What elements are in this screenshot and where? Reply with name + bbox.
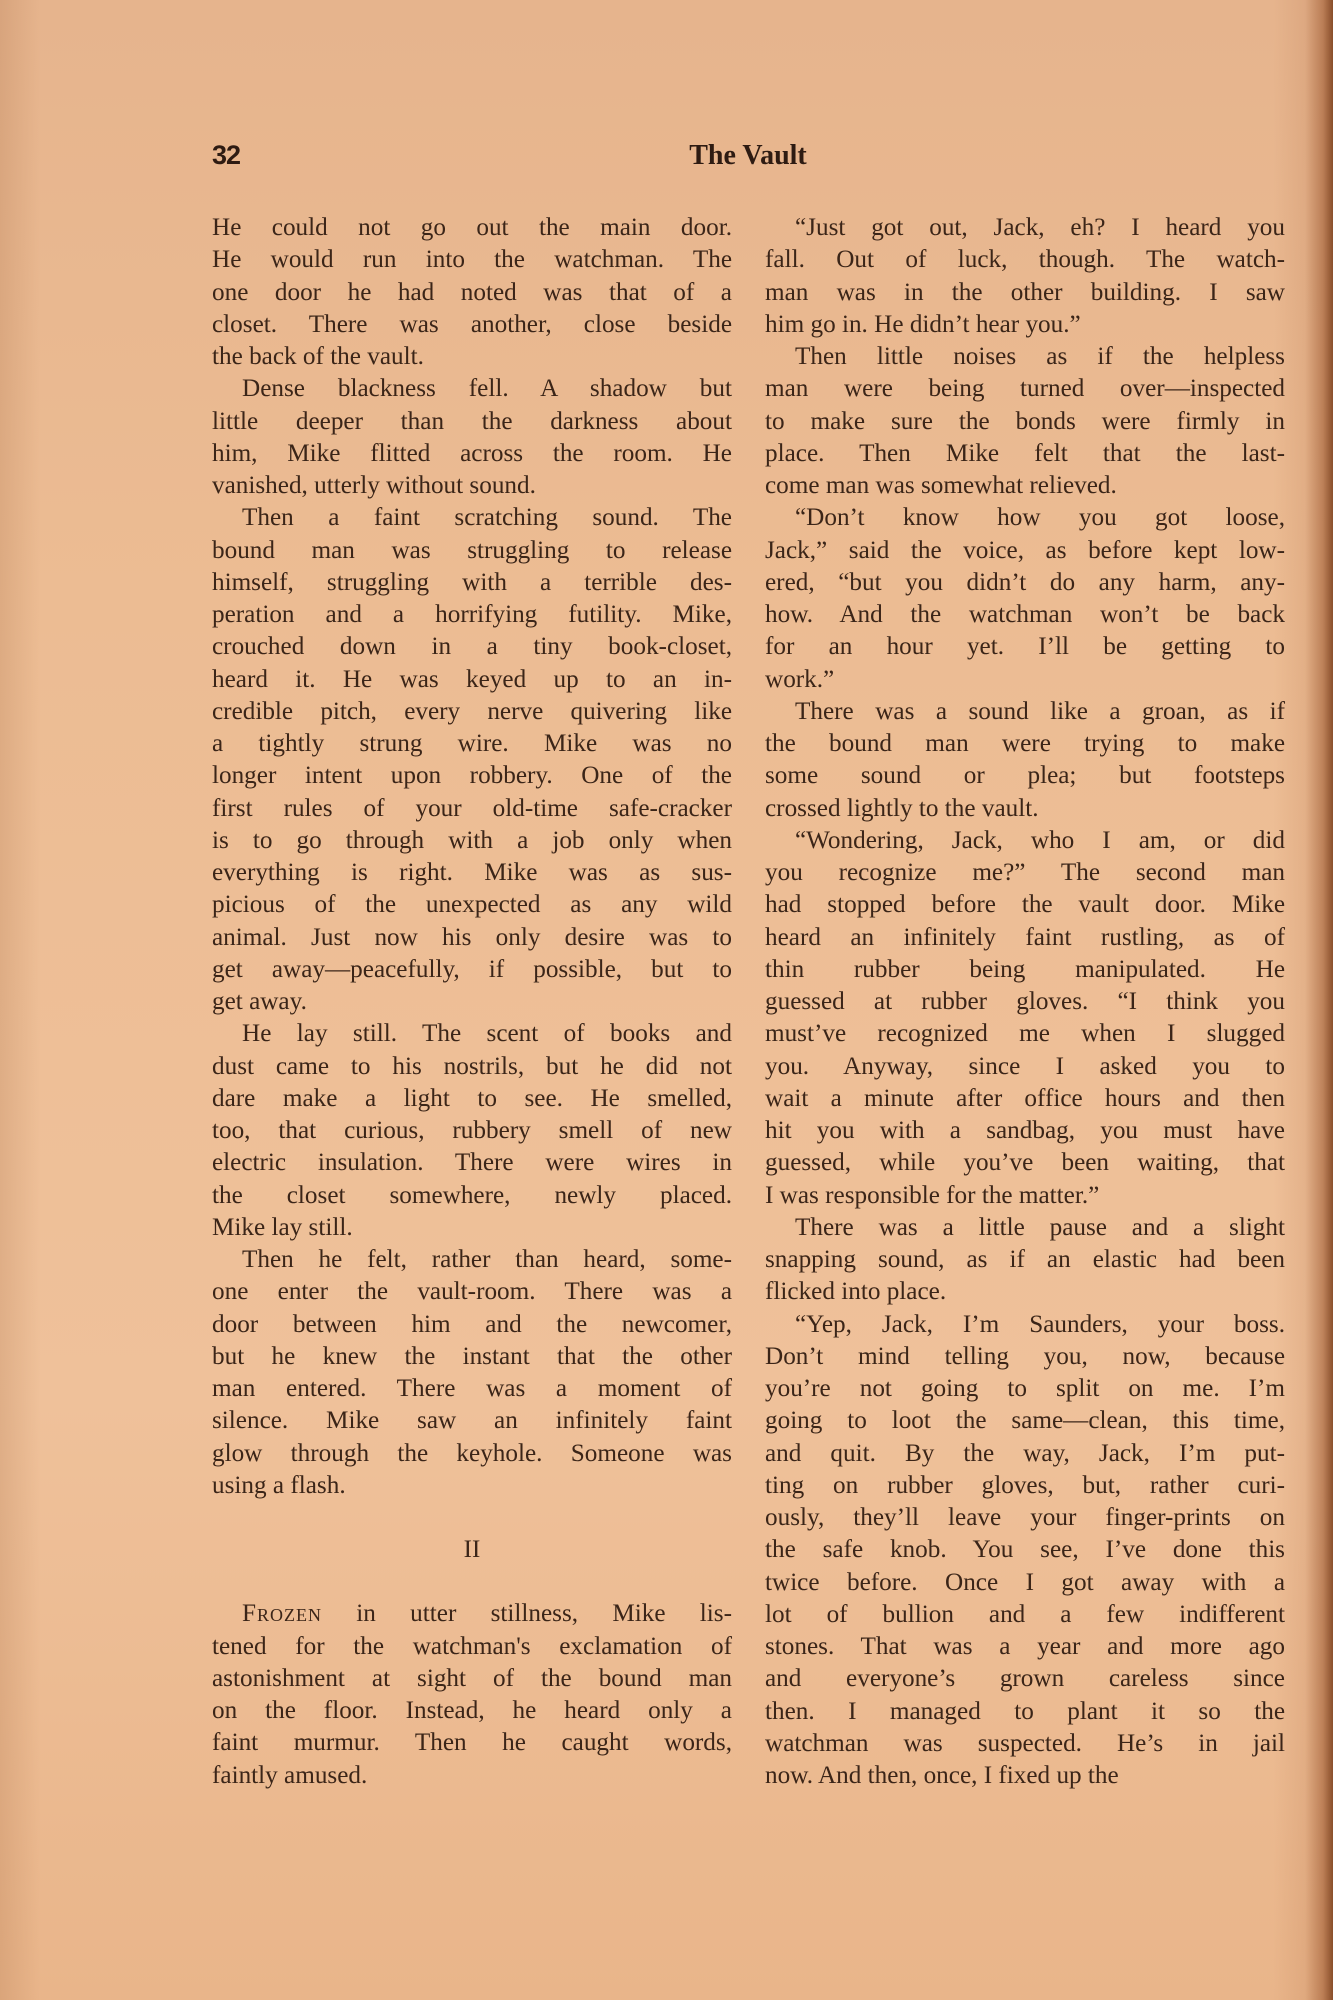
text-line: Dense blackness fell. A shadow but — [212, 373, 732, 405]
text-line: everything is right. Mike was as sus- — [212, 857, 732, 889]
paragraph: There was a sound like a groan, as ifthe… — [765, 696, 1285, 825]
paragraph: Dense blackness fell. A shadow butlittle… — [212, 373, 732, 502]
text-line: ered, “but you didn’t do any harm, any- — [765, 567, 1285, 599]
text-line: the bound man were trying to make — [765, 728, 1285, 760]
text-line: ously, they’ll leave your finger-prints … — [765, 1502, 1285, 1534]
text-line: watchman was suspected. He’s in jail — [765, 1728, 1285, 1760]
text-line: flicked into place. — [765, 1276, 1285, 1308]
text-line: the back of the vault. — [212, 341, 732, 373]
text-line: faint murmur. Then he caught words, — [212, 1727, 732, 1759]
text-line: man was in the other building. I saw — [765, 277, 1285, 309]
text-line: man entered. There was a moment of — [212, 1373, 732, 1405]
text-line: Then little noises as if the helpless — [765, 341, 1285, 373]
text-line: tened for the watchman's exclamation of — [212, 1631, 732, 1663]
running-head: 32 The Vault — [212, 140, 1284, 180]
text-line: man were being turned over—inspected — [765, 373, 1285, 405]
text-line: glow through the keyhole. Someone was — [212, 1438, 732, 1470]
text-line: lot of bullion and a few indifferent — [765, 1599, 1285, 1631]
text-line: work.” — [765, 664, 1285, 696]
text-line: must’ve recognized me when I slugged — [765, 1018, 1285, 1050]
text-line: and quit. By the way, Jack, I’m put- — [765, 1438, 1285, 1470]
text-line: picious of the unexpected as any wild — [212, 889, 732, 921]
text-line: door between him and the newcomer, — [212, 1309, 732, 1341]
text-line: the closet somewhere, newly placed. — [212, 1180, 732, 1212]
text-line: credible pitch, every nerve quivering li… — [212, 696, 732, 728]
text-line: heard it. He was keyed up to an in- — [212, 664, 732, 696]
text-line: him, Mike flitted across the room. He — [212, 438, 732, 470]
text-line: one enter the vault-room. There was a — [212, 1276, 732, 1308]
text-line: animal. Just now his only desire was to — [212, 922, 732, 954]
paragraph: Then little noises as if the helplessman… — [765, 341, 1285, 502]
text-line: one door he had noted was that of a — [212, 277, 732, 309]
paragraph: “Yep, Jack, I’m Saunders, your boss.Don’… — [765, 1309, 1285, 1793]
text-line: There was a little pause and a slight — [765, 1212, 1285, 1244]
text-line: is to go through with a job only when — [212, 825, 732, 857]
text-line: “Just got out, Jack, eh? I heard you — [765, 212, 1285, 244]
smallcaps-opening-word: Frozen — [242, 1600, 322, 1627]
text-line: longer intent upon robbery. One of the — [212, 760, 732, 792]
text-line: Jack,” said the voice, as before kept lo… — [765, 535, 1285, 567]
text-line: Then a faint scratching sound. The — [212, 502, 732, 534]
text-line: you recognize me?” The second man — [765, 857, 1285, 889]
text-line: “Yep, Jack, I’m Saunders, your boss. — [765, 1309, 1285, 1341]
paragraph: Then a faint scratching sound. Thebound … — [212, 502, 732, 1018]
paragraph: He could not go out the main door.He wou… — [212, 212, 732, 373]
text-line: He could not go out the main door. — [212, 212, 732, 244]
text-line: little deeper than the darkness about — [212, 406, 732, 438]
text-line: guessed, while you’ve been waiting, that — [765, 1147, 1285, 1179]
text-line: heard an infinitely faint rustling, as o… — [765, 922, 1285, 954]
paragraph: “Don’t know how you got loose,Jack,” sai… — [765, 502, 1285, 696]
text-line: peration and a horrifying futility. Mike… — [212, 599, 732, 631]
text-line: guessed at rubber gloves. “I think you — [765, 986, 1285, 1018]
text-line: first rules of your old-time safe-cracke… — [212, 793, 732, 825]
text-line: Mike lay still. — [212, 1212, 732, 1244]
text-line: Frozen in utter stillness, Mike lis- — [212, 1598, 732, 1630]
text-line: but he knew the instant that the other — [212, 1341, 732, 1373]
opening-line-rest: in utter stillness, Mike lis- — [322, 1600, 732, 1627]
text-line: crossed lightly to the vault. — [765, 793, 1285, 825]
text-line: stones. That was a year and more ago — [765, 1631, 1285, 1663]
text-line: twice before. Once I got away with a — [765, 1567, 1285, 1599]
paragraph: He lay still. The scent of books anddust… — [212, 1018, 732, 1244]
text-line: He lay still. The scent of books and — [212, 1018, 732, 1050]
text-line: electric insulation. There were wires in — [212, 1147, 732, 1179]
text-line: silence. Mike saw an infinitely faint — [212, 1405, 732, 1437]
text-line: going to loot the same—clean, this time, — [765, 1405, 1285, 1437]
paragraph: There was a little pause and a slightsna… — [765, 1212, 1285, 1309]
text-line: astonishment at sight of the bound man — [212, 1663, 732, 1695]
text-line: Then he felt, rather than heard, some- — [212, 1244, 732, 1276]
running-title: The Vault — [212, 140, 1284, 172]
text-line: place. Then Mike felt that the last- — [765, 438, 1285, 470]
text-line: wait a minute after office hours and the… — [765, 1083, 1285, 1115]
text-line: a tightly strung wire. Mike was no — [212, 728, 732, 760]
text-line: come man was somewhat relieved. — [765, 470, 1285, 502]
text-line: closet. There was another, close beside — [212, 309, 732, 341]
text-line: some sound or plea; but footsteps — [765, 760, 1285, 792]
text-line: then. I managed to plant it so the — [765, 1696, 1285, 1728]
text-line: get away—peacefully, if possible, but to — [212, 954, 732, 986]
text-line: himself, struggling with a terrible des- — [212, 567, 732, 599]
section-opening-paragraph: Frozen in utter stillness, Mike lis-tene… — [212, 1598, 732, 1792]
text-line: Don’t mind telling you, now, because — [765, 1341, 1285, 1373]
section-number: II — [212, 1534, 732, 1566]
text-line: dare make a light to see. He smelled, — [212, 1083, 732, 1115]
text-line: for an hour yet. I’ll be getting to — [765, 631, 1285, 663]
text-line: dust came to his nostrils, but he did no… — [212, 1051, 732, 1083]
paragraph: Then he felt, rather than heard, some-on… — [212, 1244, 732, 1502]
text-line: him go in. He didn’t hear you.” — [765, 309, 1285, 341]
text-line: you’re not going to split on me. I’m — [765, 1373, 1285, 1405]
text-line: too, that curious, rubbery smell of new — [212, 1115, 732, 1147]
text-line: on the floor. Instead, he heard only a — [212, 1695, 732, 1727]
text-line: you. Anyway, since I asked you to — [765, 1051, 1285, 1083]
text-line: ting on rubber gloves, but, rather curi- — [765, 1470, 1285, 1502]
text-line: using a flash. — [212, 1470, 732, 1502]
text-line: “Don’t know how you got loose, — [765, 502, 1285, 534]
left-column: He could not go out the main door.He wou… — [212, 212, 732, 1792]
text-line: bound man was struggling to release — [212, 535, 732, 567]
text-line: to make sure the bonds were firmly in — [765, 406, 1285, 438]
text-line: had stopped before the vault door. Mike — [765, 889, 1285, 921]
paragraph: “Just got out, Jack, eh? I heard youfall… — [765, 212, 1285, 341]
text-line: how. And the watchman won’t be back — [765, 599, 1285, 631]
text-line: now. And then, once, I fixed up the — [765, 1760, 1285, 1792]
book-page: 32 The Vault He could not go out the mai… — [0, 0, 1333, 2000]
text-line: the safe knob. You see, I’ve done this — [765, 1534, 1285, 1566]
text-line: vanished, utterly without sound. — [212, 470, 732, 502]
text-line: fall. Out of luck, though. The watch- — [765, 244, 1285, 276]
text-line: faintly amused. — [212, 1760, 732, 1792]
text-line: thin rubber being manipulated. He — [765, 954, 1285, 986]
text-line: There was a sound like a groan, as if — [765, 696, 1285, 728]
text-line: snapping sound, as if an elastic had bee… — [765, 1244, 1285, 1276]
text-line: “Wondering, Jack, who I am, or did — [765, 825, 1285, 857]
text-line: crouched down in a tiny book-closet, — [212, 631, 732, 663]
text-line: I was responsible for the matter.” — [765, 1180, 1285, 1212]
text-line: He would run into the watchman. The — [212, 244, 732, 276]
right-column: “Just got out, Jack, eh? I heard youfall… — [765, 212, 1285, 1792]
text-line: get away. — [212, 986, 732, 1018]
text-line: hit you with a sandbag, you must have — [765, 1115, 1285, 1147]
text-line: and everyone’s grown careless since — [765, 1663, 1285, 1695]
paragraph: “Wondering, Jack, who I am, or didyou re… — [765, 825, 1285, 1212]
